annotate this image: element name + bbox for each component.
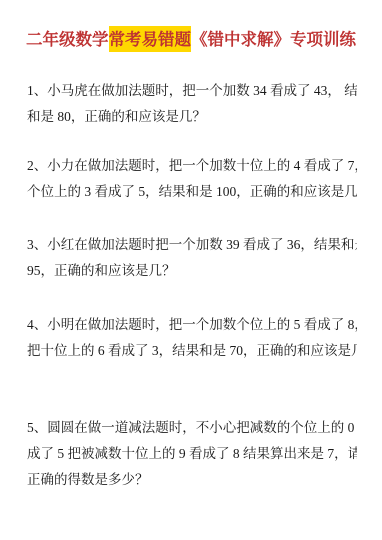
problem-5-line-2: 成了 5 把被减数十位上的 9 看成了 8 结果算出来是 7，请问	[27, 441, 357, 467]
problem-4: 4、小明在做加法题时，把一个加数个位上的 5 看成了 8， 把十位上的 6 看成…	[27, 312, 357, 364]
problem-2: 2、小力在做加法题时，把一个加数十位上的 4 看成了 7， 个位上的 3 看成了…	[27, 153, 357, 205]
problem-1: 1、小马虎在做加法题时，把一个加数 34 看成了 43， 结果 和是 80，正确…	[27, 78, 357, 130]
problem-1-line-1: 1、小马虎在做加法题时，把一个加数 34 看成了 43， 结果	[27, 78, 357, 104]
page-title-highlight: 常考易错题	[109, 26, 192, 52]
problem-4-line-2: 把十位上的 6 看成了 3，结果和是 70，正确的和应该是几？	[27, 338, 357, 364]
page-title-prefix: 二年级数学	[26, 30, 109, 49]
worksheet-page: 二年级数学常考易错题《错中求解》专项训练 1、小马虎在做加法题时，把一个加数 3…	[0, 0, 382, 540]
page-title-suffix: 《错中求解》专项训练	[191, 30, 356, 49]
problem-5-line-3: 正确的得数是多少？	[27, 467, 357, 493]
problem-5: 5、圆圆在做一道减法题时，不小心把减数的个位上的 0 看 成了 5 把被减数十位…	[27, 415, 357, 493]
problem-2-line-1: 2、小力在做加法题时，把一个加数十位上的 4 看成了 7，	[27, 153, 357, 179]
problem-3-line-1: 3、小红在做加法题时把一个加数 39 看成了 36，结果和是	[27, 232, 357, 258]
page-title: 二年级数学常考易错题《错中求解》专项训练	[0, 27, 382, 53]
problem-3-line-2: 95，正确的和应该是几？	[27, 258, 357, 284]
problem-5-line-1: 5、圆圆在做一道减法题时，不小心把减数的个位上的 0 看	[27, 415, 357, 441]
problem-1-line-2: 和是 80，正确的和应该是几？	[27, 104, 357, 130]
problem-3: 3、小红在做加法题时把一个加数 39 看成了 36，结果和是 95，正确的和应该…	[27, 232, 357, 284]
problem-4-line-1: 4、小明在做加法题时，把一个加数个位上的 5 看成了 8，	[27, 312, 357, 338]
problem-2-line-2: 个位上的 3 看成了 5，结果和是 100，正确的和应该是几？	[27, 179, 357, 205]
